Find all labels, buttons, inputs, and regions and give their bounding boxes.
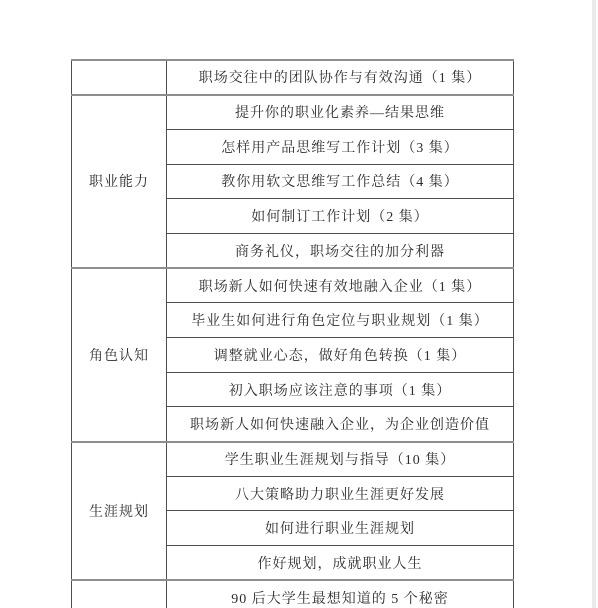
document-page: 职场交往中的团队协作与有效沟通（1 集）职业能力提升你的职业化素养—结果思维怎样… xyxy=(0,0,598,608)
course-cell: 学生职业生涯规划与指导（10 集） xyxy=(167,442,514,477)
course-cell: 八大策略助力职业生涯更好发展 xyxy=(167,476,514,511)
table-row: 90 后大学生最想知道的 5 个秘密 xyxy=(72,580,514,608)
course-cell: 调整就业心态，做好角色转换（1 集） xyxy=(167,338,514,373)
category-cell xyxy=(72,580,167,608)
course-cell: 作好规划，成就职业人生 xyxy=(167,546,514,581)
course-table: 职场交往中的团队协作与有效沟通（1 集）职业能力提升你的职业化素养—结果思维怎样… xyxy=(71,59,514,608)
course-cell: 怎样用产品思维写工作计划（3 集） xyxy=(167,129,514,164)
table-row: 角色认知职场新人如何快速有效地融入企业（1 集） xyxy=(72,268,514,303)
category-cell: 角色认知 xyxy=(72,268,167,441)
category-cell: 生涯规划 xyxy=(72,442,167,581)
course-cell: 职场新人如何快速有效地融入企业（1 集） xyxy=(167,268,514,303)
page-edge-strip xyxy=(592,0,596,608)
course-cell: 初入职场应该注意的事项（1 集） xyxy=(167,372,514,407)
course-cell: 如何制订工作计划（2 集） xyxy=(167,199,514,234)
category-cell: 职业能力 xyxy=(72,95,167,268)
category-cell xyxy=(72,60,167,95)
course-cell: 如何进行职业生涯规划 xyxy=(167,511,514,546)
course-cell: 职场交往中的团队协作与有效沟通（1 集） xyxy=(167,60,514,95)
table-row: 职业能力提升你的职业化素养—结果思维 xyxy=(72,95,514,130)
course-cell: 职场新人如何快速融入企业，为企业创造价值 xyxy=(167,407,514,442)
course-cell: 商务礼仪，职场交往的加分利器 xyxy=(167,233,514,268)
course-cell: 90 后大学生最想知道的 5 个秘密 xyxy=(167,580,514,608)
course-cell: 提升你的职业化素养—结果思维 xyxy=(167,95,514,130)
course-table-body: 职场交往中的团队协作与有效沟通（1 集）职业能力提升你的职业化素养—结果思维怎样… xyxy=(72,60,514,608)
course-cell: 毕业生如何进行角色定位与职业规划（1 集） xyxy=(167,303,514,338)
course-cell: 教你用软文思维写工作总结（4 集） xyxy=(167,164,514,199)
table-row: 职场交往中的团队协作与有效沟通（1 集） xyxy=(72,60,514,95)
table-row: 生涯规划学生职业生涯规划与指导（10 集） xyxy=(72,442,514,477)
